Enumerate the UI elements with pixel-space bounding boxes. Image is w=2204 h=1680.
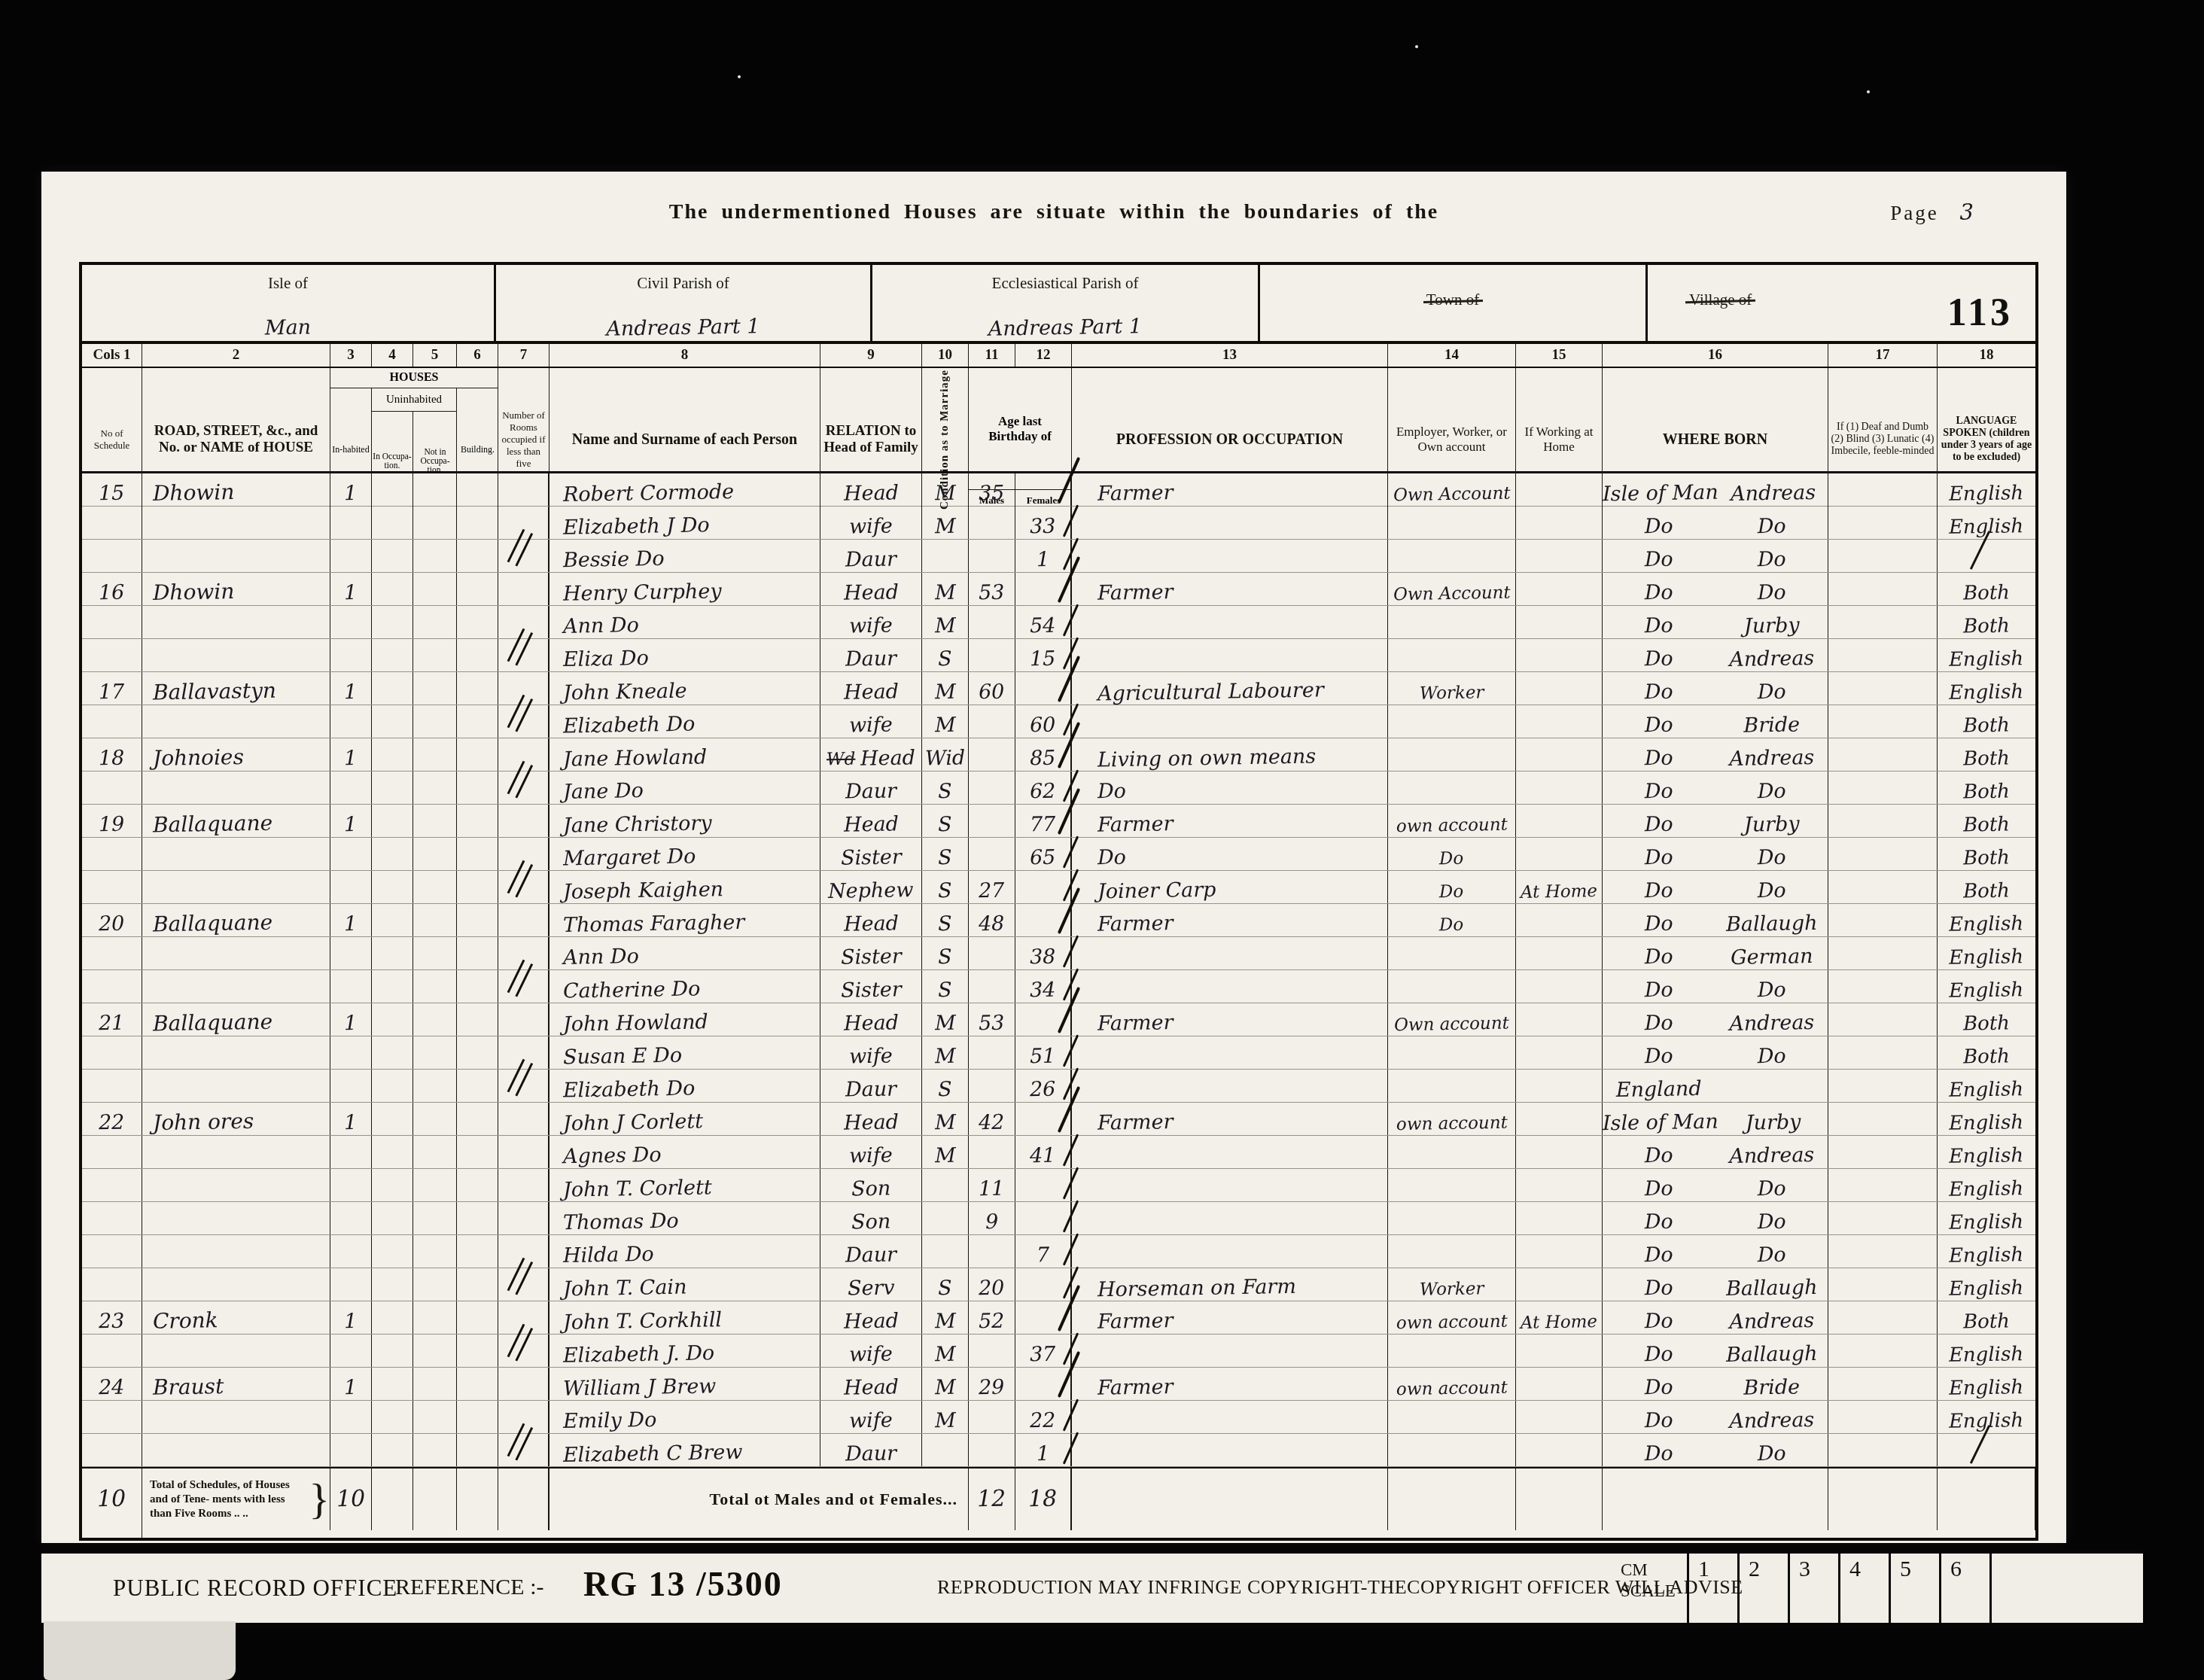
at-home-cell [1516, 1268, 1603, 1301]
building-cell [457, 871, 498, 903]
infirmity-cell [1828, 705, 1938, 738]
rooms-cell [498, 1036, 549, 1069]
rooms-cell [498, 1235, 549, 1268]
at-home-cell [1516, 1335, 1603, 1367]
occupation-cell: Farmer [1072, 1003, 1388, 1036]
house-name-cell [142, 838, 330, 870]
table-row: 18 Johnoies 1 Jane Howland WdHead Wid 85… [82, 738, 2035, 772]
occupation-cell [1072, 540, 1388, 572]
uninhabited-in-occupation-cell [372, 1136, 413, 1168]
schedule-number-cell [82, 1434, 142, 1466]
infirmity-cell [1828, 1136, 1938, 1168]
inhabited-cell [330, 871, 372, 903]
rooms-cell [498, 738, 549, 771]
condition-cell: S [922, 838, 969, 870]
rooms-cell [498, 573, 549, 605]
uninhabited-not-occupation-cell [413, 1301, 457, 1334]
infirmity-cell [1828, 639, 1938, 671]
uninhabited-not-occupation-cell [413, 1335, 457, 1367]
language-cell: English [1938, 1335, 2035, 1367]
infirmity-cell [1828, 1036, 1938, 1069]
building-cell [457, 1070, 498, 1102]
employer-cell: Own Account [1388, 473, 1516, 506]
employer-cell: own account [1388, 1301, 1516, 1334]
age-male-cell [969, 838, 1015, 870]
relation-cell: wife [820, 507, 922, 539]
inhabited-cell [330, 1335, 372, 1367]
uninhabited-in-occupation-cell [372, 507, 413, 539]
column-number-9: 9 [820, 344, 922, 367]
schedule-number-cell [82, 1070, 142, 1102]
infirmity-cell [1828, 970, 1938, 1003]
building-cell [457, 970, 498, 1003]
age-male-cell [969, 738, 1015, 771]
folio-stamp: 113 [1947, 291, 2013, 335]
column-number-17: 17 [1828, 344, 1938, 367]
uninhabited-not-occupation-cell [413, 805, 457, 837]
employer-cell [1388, 507, 1516, 539]
infirmity-cell [1828, 1301, 1938, 1334]
relation-cell: Head [820, 573, 922, 605]
where-born-cell: DoDo [1603, 1036, 1828, 1069]
ruler-cell-1: 1 [1687, 1554, 1737, 1623]
language-cell: English [1938, 937, 2035, 969]
inhabited-cell [330, 1036, 372, 1069]
table-row: 15 Dhowin 1 Robert Cormode Head M 35 Far… [82, 473, 2035, 507]
infirmity-cell [1828, 507, 1938, 539]
at-home-cell [1516, 1169, 1603, 1201]
uninhabited-not-occupation-cell [413, 1003, 457, 1036]
building-cell [457, 1335, 498, 1367]
house-name-cell: Dhowin [142, 473, 330, 506]
schedule-number-cell: 18 [82, 738, 142, 771]
table-row: John T. Cain Serv S 20 Horseman on Farm … [82, 1268, 2035, 1301]
age-male-cell [969, 937, 1015, 969]
occupation-cell [1072, 970, 1388, 1003]
where-born-cell: DoDo [1603, 1169, 1828, 1201]
building-cell [457, 738, 498, 771]
condition-cell: M [922, 1335, 969, 1367]
at-home-cell: At Home [1516, 1301, 1603, 1334]
schedule-number-cell: 22 [82, 1103, 142, 1135]
village-label-struck: Village of [1689, 291, 1752, 309]
person-name-cell: Elizabeth J Do [549, 507, 820, 539]
schedule-number-cell [82, 1335, 142, 1367]
occupation-cell: Farmer [1072, 904, 1388, 936]
condition-cell: S [922, 970, 969, 1003]
uninhabited-not-occupation-cell [413, 1103, 457, 1135]
building-cell [457, 904, 498, 936]
column-number-18: 18 [1938, 344, 2035, 367]
employer-cell: Do [1388, 871, 1516, 903]
building-cell [457, 639, 498, 671]
table-row: 22 John ores 1 John J Corlett Head M 42 … [82, 1103, 2035, 1136]
rooms-cell [498, 904, 549, 936]
rooms-cell [498, 838, 549, 870]
employer-cell [1388, 1335, 1516, 1367]
house-name-cell [142, 1268, 330, 1301]
rooms-cell [498, 639, 549, 671]
age-male-cell [969, 1434, 1015, 1466]
condition-cell: S [922, 805, 969, 837]
house-name-cell: Dhowin [142, 573, 330, 605]
house-name-cell [142, 540, 330, 572]
relation-cell: Daur [820, 1070, 922, 1102]
employer-cell: Do [1388, 904, 1516, 936]
language-cell: Both [1938, 1003, 2035, 1036]
schedule-number-cell [82, 1202, 142, 1234]
condition-cell [922, 1169, 969, 1201]
language-cell [1938, 540, 2035, 572]
relation-cell: wife [820, 1335, 922, 1367]
schedule-number-cell [82, 871, 142, 903]
where-born-cell: DoDo [1603, 573, 1828, 605]
civil-parish-label: Civil Parish of [496, 274, 870, 293]
column-number-5: 5 [413, 344, 457, 367]
relation-cell: wife [820, 705, 922, 738]
language-cell: English [1938, 904, 2035, 936]
occupation-cell [1072, 937, 1388, 969]
age-male-cell [969, 970, 1015, 1003]
table-row: Ann Do Sister S 38 DoGerman English [82, 937, 2035, 970]
age-male-cell: 11 [969, 1169, 1015, 1201]
building-cell [457, 1202, 498, 1234]
uninhabited-in-occupation-cell [372, 1401, 413, 1433]
inhabited-cell [330, 1136, 372, 1168]
schedule-number-cell [82, 606, 142, 638]
schedule-number-cell [82, 1235, 142, 1268]
building-cell [457, 573, 498, 605]
relation-cell: Head [820, 1103, 922, 1135]
infirmity-cell [1828, 937, 1938, 969]
where-born-cell: DoDo [1603, 772, 1828, 804]
condition-cell: S [922, 772, 969, 804]
occupation-cell [1072, 705, 1388, 738]
inhabited-cell: 1 [330, 805, 372, 837]
uninhabited-not-occupation-cell [413, 1202, 457, 1234]
rooms-cell [498, 606, 549, 638]
uninhabited-not-occupation-cell [413, 970, 457, 1003]
language-cell: English [1938, 639, 2035, 671]
person-name-cell: Elizabeth C Brew [549, 1434, 820, 1466]
at-home-cell [1516, 1401, 1603, 1433]
age-male-cell [969, 606, 1015, 638]
house-name-cell [142, 1401, 330, 1433]
age-male-cell: 42 [969, 1103, 1015, 1135]
occupation-cell [1072, 1169, 1388, 1201]
uninhabited-not-occupation-cell [413, 540, 457, 572]
employer-cell [1388, 639, 1516, 671]
house-name-cell [142, 606, 330, 638]
relation-cell: Daur [820, 1434, 922, 1466]
uninhabited-in-occupation-cell [372, 473, 413, 506]
uninhabited-in-occupation-cell [372, 1169, 413, 1201]
infirmity-cell [1828, 1401, 1938, 1433]
house-name-cell [142, 1434, 330, 1466]
rooms-cell [498, 1335, 549, 1367]
person-name-cell: Elizabeth Do [549, 705, 820, 738]
occupation-cell: Horseman on Farm [1072, 1268, 1388, 1301]
column-number-6: 6 [457, 344, 498, 367]
admin-cell-county: Isle of Man [82, 265, 496, 341]
condition-cell [922, 1202, 969, 1234]
schedule-number-cell: 20 [82, 904, 142, 936]
language-cell: Both [1938, 1036, 2035, 1069]
house-name-cell [142, 639, 330, 671]
building-cell [457, 540, 498, 572]
age-male-cell [969, 772, 1015, 804]
uninhabited-not-occupation-cell [413, 639, 457, 671]
person-name-cell: Ann Do [549, 606, 820, 638]
occupation-cell [1072, 1335, 1388, 1367]
condition-cell: M [922, 606, 969, 638]
uninhabited-not-occupation-cell [413, 937, 457, 969]
caption-band: The undermentioned Houses are situate wi… [41, 172, 2066, 262]
schedule-number-cell [82, 970, 142, 1003]
language-cell: English [1938, 970, 2035, 1003]
relation-cell: Head [820, 904, 922, 936]
schedule-number-cell: 23 [82, 1301, 142, 1334]
table-row: Margaret Do Sister S 65 Do Do DoDo Both [82, 838, 2035, 871]
rooms-cell [498, 1136, 549, 1168]
at-home-cell [1516, 1036, 1603, 1069]
age-male-cell: 27 [969, 871, 1015, 903]
occupation-cell [1072, 606, 1388, 638]
rooms-cell [498, 871, 549, 903]
table-row: Agnes Do wife M 41 DoAndreas English [82, 1136, 2035, 1169]
building-cell [457, 1401, 498, 1433]
person-name-cell: John Howland [549, 1003, 820, 1036]
at-home-cell [1516, 1136, 1603, 1168]
person-name-cell: Jane Do [549, 772, 820, 804]
relation-cell: Daur [820, 639, 922, 671]
uninhabited-in-occupation-cell [372, 705, 413, 738]
footer-reference-label: REFERENCE :- [395, 1575, 544, 1600]
where-born-cell: DoBride [1603, 1368, 1828, 1400]
ruler-cell-5: 5 [1889, 1554, 1939, 1623]
house-name-cell [142, 1036, 330, 1069]
eccl-parish-value: Andreas Part 1 [872, 315, 1258, 342]
person-name-cell: John T. Corlett [549, 1169, 820, 1201]
where-born-cell: DoBride [1603, 705, 1828, 738]
relation-cell: wife [820, 1136, 922, 1168]
employer-cell [1388, 1202, 1516, 1234]
scan-speck [738, 75, 741, 78]
person-name-cell: John T. Cain [549, 1268, 820, 1301]
language-cell: Both [1938, 805, 2035, 837]
relation-cell: Head [820, 1003, 922, 1036]
column-number-13: 13 [1072, 344, 1388, 367]
table-row: Joseph Kaighen Nephew S 27 Joiner Carp D… [82, 871, 2035, 904]
building-cell [457, 1368, 498, 1400]
language-cell: English [1938, 1368, 2035, 1400]
county-label: Isle of [82, 274, 494, 293]
condition-cell: M [922, 1401, 969, 1433]
ruler-tail [1989, 1554, 2150, 1623]
column-number-12: 12 [1015, 344, 1072, 367]
person-name-cell: Agnes Do [549, 1136, 820, 1168]
rooms-cell [498, 1003, 549, 1036]
infirmity-cell [1828, 606, 1938, 638]
relation-cell: Nephew [820, 871, 922, 903]
occupation-cell: Farmer [1072, 805, 1388, 837]
schedule-number-cell: 24 [82, 1368, 142, 1400]
age-male-cell [969, 1335, 1015, 1367]
infirmity-cell [1828, 1070, 1938, 1102]
census-scan-page: The undermentioned Houses are situate wi… [0, 0, 2204, 1680]
language-cell: Both [1938, 871, 2035, 903]
inhabited-cell [330, 1235, 372, 1268]
infirmity-cell [1828, 1003, 1938, 1036]
uninhabited-not-occupation-cell [413, 904, 457, 936]
language-cell: Both [1938, 772, 2035, 804]
building-cell [457, 1003, 498, 1036]
schedule-number-cell: 21 [82, 1003, 142, 1036]
language-cell: Both [1938, 705, 2035, 738]
footer-scale-label: CM SCALE [1621, 1560, 1676, 1623]
schedule-number-cell [82, 1036, 142, 1069]
uninhabited-in-occupation-cell [372, 772, 413, 804]
age-male-cell [969, 1401, 1015, 1433]
scan-corner-patch [44, 1621, 236, 1680]
uninhabited-not-occupation-cell [413, 871, 457, 903]
person-name-cell: Henry Curphey [549, 573, 820, 605]
totals-males-females-label: Total ot Males and ot Females... [549, 1468, 969, 1530]
where-born-cell: DoDo [1603, 970, 1828, 1003]
where-born-cell: DoDo [1603, 1202, 1828, 1234]
inhabited-cell: 1 [330, 904, 372, 936]
house-name-cell [142, 1335, 330, 1367]
occupation-cell: Do [1072, 838, 1388, 870]
language-cell: English [1938, 672, 2035, 705]
condition-cell [922, 1434, 969, 1466]
uninhabited-in-occupation-cell [372, 1070, 413, 1102]
uninhabited-in-occupation-cell [372, 606, 413, 638]
inhabited-cell [330, 1202, 372, 1234]
uninhabited-not-occupation-cell [413, 573, 457, 605]
employer-cell [1388, 1070, 1516, 1102]
footer-office: PUBLIC RECORD OFFICE [113, 1575, 397, 1602]
person-name-cell: William J Brew [549, 1368, 820, 1400]
schedule-number-cell [82, 1136, 142, 1168]
person-name-cell: Jane Howland [549, 738, 820, 771]
town-label-struck: Town of [1426, 291, 1479, 309]
rooms-cell [498, 1103, 549, 1135]
house-name-cell [142, 1202, 330, 1234]
uninhabited-not-occupation-cell [413, 473, 457, 506]
page-caption: The undermentioned Houses are situate wi… [669, 200, 1439, 224]
occupation-cell [1072, 1235, 1388, 1268]
age-male-cell [969, 1070, 1015, 1102]
table-row: 16 Dhowin 1 Henry Curphey Head M 53 Farm… [82, 573, 2035, 606]
employer-cell [1388, 1434, 1516, 1466]
language-cell: English [1938, 1070, 2035, 1102]
table-row: Thomas Do Son 9 DoDo English [82, 1202, 2035, 1235]
inhabited-cell [330, 1401, 372, 1433]
person-name-cell: Catherine Do [549, 970, 820, 1003]
person-name-cell: Jane Christory [549, 805, 820, 837]
occupation-cell: Living on own means [1072, 738, 1388, 771]
rooms-cell [498, 540, 549, 572]
rooms-cell [498, 672, 549, 705]
building-cell [457, 805, 498, 837]
infirmity-cell [1828, 573, 1938, 605]
house-name-cell [142, 507, 330, 539]
table-row: Catherine Do Sister S 34 DoDo English [82, 970, 2035, 1003]
infirmity-cell [1828, 1434, 1938, 1466]
inhabited-cell [330, 606, 372, 638]
employer-cell: Do [1388, 838, 1516, 870]
uninhabited-not-occupation-cell [413, 738, 457, 771]
language-cell [1938, 1434, 2035, 1466]
admin-cell-eccl-parish: Ecclesiastical Parish of Andreas Part 1 [872, 265, 1260, 341]
age-male-cell: 53 [969, 573, 1015, 605]
person-name-cell: Susan E Do [549, 1036, 820, 1069]
infirmity-cell [1828, 838, 1938, 870]
building-cell [457, 705, 498, 738]
uninhabited-not-occupation-cell [413, 772, 457, 804]
inhabited-cell [330, 937, 372, 969]
admin-band: Isle of Man Civil Parish of Andreas Part… [82, 265, 2035, 344]
person-name-cell: John J Corlett [549, 1103, 820, 1135]
at-home-cell: At Home [1516, 871, 1603, 903]
infirmity-cell [1828, 1235, 1938, 1268]
at-home-cell [1516, 1103, 1603, 1135]
person-name-cell: John Kneale [549, 672, 820, 705]
employer-cell: Own Account [1388, 573, 1516, 605]
table-row: Susan E Do wife M 51 DoDo Both [82, 1036, 2035, 1070]
inhabited-cell [330, 970, 372, 1003]
condition-cell: M [922, 1003, 969, 1036]
employer-cell [1388, 970, 1516, 1003]
building-cell [457, 473, 498, 506]
rooms-cell [498, 705, 549, 738]
table-row: 23 Cronk 1 John T. Corkhill Head M 52 Fa… [82, 1301, 2035, 1335]
uninhabited-in-occupation-cell [372, 970, 413, 1003]
inhabited-cell: 1 [330, 1103, 372, 1135]
age-male-cell [969, 1235, 1015, 1268]
language-cell: Both [1938, 738, 2035, 771]
employer-cell: own account [1388, 1103, 1516, 1135]
house-name-cell: Ballavastyn [142, 672, 330, 705]
table-row: Elizabeth Do wife M 60 DoBride Both [82, 705, 2035, 738]
where-born-cell: DoBallaugh [1603, 1335, 1828, 1367]
uninhabited-in-occupation-cell [372, 838, 413, 870]
uninhabited-in-occupation-cell [372, 1434, 413, 1466]
infirmity-cell [1828, 738, 1938, 771]
inhabited-cell [330, 705, 372, 738]
table-row: Elizabeth C Brew Daur 1 DoDo [82, 1434, 2035, 1467]
infirmity-cell [1828, 1368, 1938, 1400]
ruler-cell-3: 3 [1788, 1554, 1838, 1623]
where-born-cell: DoDo [1603, 507, 1828, 539]
uninhabited-not-occupation-cell [413, 1368, 457, 1400]
uninhabited-in-occupation-cell [372, 1335, 413, 1367]
totals-males-value: 12 [969, 1468, 1015, 1530]
schedule-number-cell [82, 1268, 142, 1301]
column-number-15: 15 [1516, 344, 1603, 367]
language-cell: English [1938, 1136, 2035, 1168]
brace-glyph: } [309, 1472, 330, 1527]
where-born-cell: DoJurby [1603, 606, 1828, 638]
at-home-cell [1516, 672, 1603, 705]
at-home-cell [1516, 507, 1603, 539]
building-cell [457, 606, 498, 638]
occupation-cell: Joiner Carp [1072, 871, 1388, 903]
column-number-14: 14 [1388, 344, 1516, 367]
table-row: Bessie Do Daur 1 DoDo [82, 540, 2035, 573]
where-born-cell: DoGerman [1603, 937, 1828, 969]
